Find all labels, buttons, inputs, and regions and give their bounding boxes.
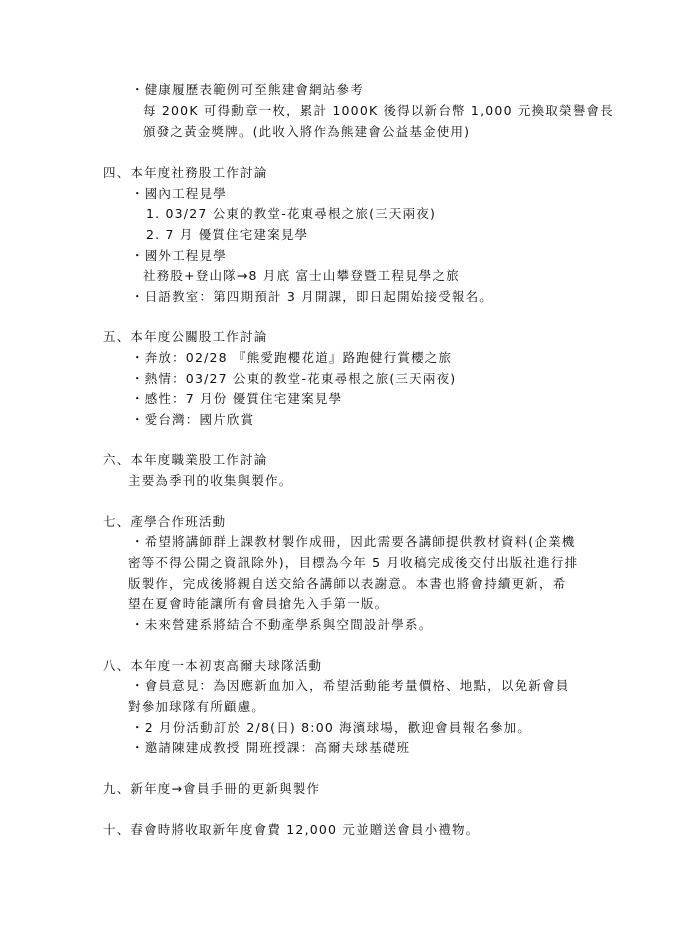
section-heading: 六、本年度職業股工作討論 xyxy=(103,452,267,468)
text-line: 2. 7 月 優質住宅建案見學 xyxy=(146,227,308,243)
bullet-item: ・會員意見：為因應新血加入，希望活動能考量價格、地點，以免新會員 xyxy=(131,678,569,694)
bullet-item: ・希望將講師群上課教材製作成冊，因此需要各講師提供教材資料(企業機 xyxy=(131,534,575,550)
text-line: 密等不得公開之資訊除外)，目標為今年 5 月收稿完成後交付出版社進行排 xyxy=(128,555,578,571)
section-heading: 五、本年度公關股工作討論 xyxy=(103,329,267,345)
section-heading: 四、本年度社務股工作討論 xyxy=(103,165,267,181)
bullet-item: ・國外工程見學 xyxy=(131,248,227,264)
text-line: 每 200K 可得勳章一枚，累計 1000K 後得以新台幣 1,000 元換取榮… xyxy=(143,103,614,119)
text-line: 社務股+登山隊→8 月底 富士山攀登暨工程見學之旅 xyxy=(143,268,460,284)
bullet-item: ・奔放：02/28 『熊愛跑櫻花道』路跑健行賞櫻之旅 xyxy=(131,350,452,366)
section-heading: 七、產學合作班活動 xyxy=(103,514,226,530)
section-heading: 十、春會時將收取新年度會費 12,000 元並贈送會員小禮物。 xyxy=(103,822,479,838)
text-line: 版製作，完成後將親自送交給各講師以表謝意。本書也將會持續更新，希 xyxy=(128,576,566,592)
text-line: 對參加球隊有所顧慮。 xyxy=(128,699,265,715)
section-heading: 八、本年度一本初衷高爾夫球隊活動 xyxy=(103,658,322,674)
bullet-item: ・未來營建系將結合不動產學系與空間設計學系。 xyxy=(131,617,432,633)
bullet-item: ・2 月份活動訂於 2/8(日) 8:00 海濱球場，歡迎會員報名參加。 xyxy=(131,720,531,736)
bullet-item: ・健康履歷表範例可至熊建會網站參考 xyxy=(131,82,364,98)
text-line: 主要為季刊的收集與製作。 xyxy=(128,473,292,489)
text-line: 望在夏會時能讓所有會員搶先入手第一版。 xyxy=(128,596,388,612)
section-heading: 九、新年度→會員手冊的更新與製作 xyxy=(103,781,320,797)
document-page: ・健康履歷表範例可至熊建會網站參考每 200K 可得勳章一枚，累計 1000K … xyxy=(0,0,673,952)
bullet-item: ・日語教室：第四期預計 3 月開課，即日起開始接受報名。 xyxy=(131,289,493,305)
text-line: 頒發之黃金獎牌。(此收入將作為熊建會公益基金使用) xyxy=(143,124,470,140)
bullet-item: ・感性：7 月份 優質住宅建案見學 xyxy=(131,391,342,407)
text-line: 1. 03/27 公東的教堂-花東尋根之旅(三天兩夜) xyxy=(146,206,436,222)
bullet-item: ・愛台灣：國片欣賞 xyxy=(131,412,254,428)
bullet-item: ・邀請陳建成教授 開班授課：高爾夫球基礎班 xyxy=(131,740,410,756)
bullet-item: ・國內工程見學 xyxy=(131,186,227,202)
bullet-item: ・熱情：03/27 公東的教堂-花東尋根之旅(三天兩夜) xyxy=(131,371,456,387)
